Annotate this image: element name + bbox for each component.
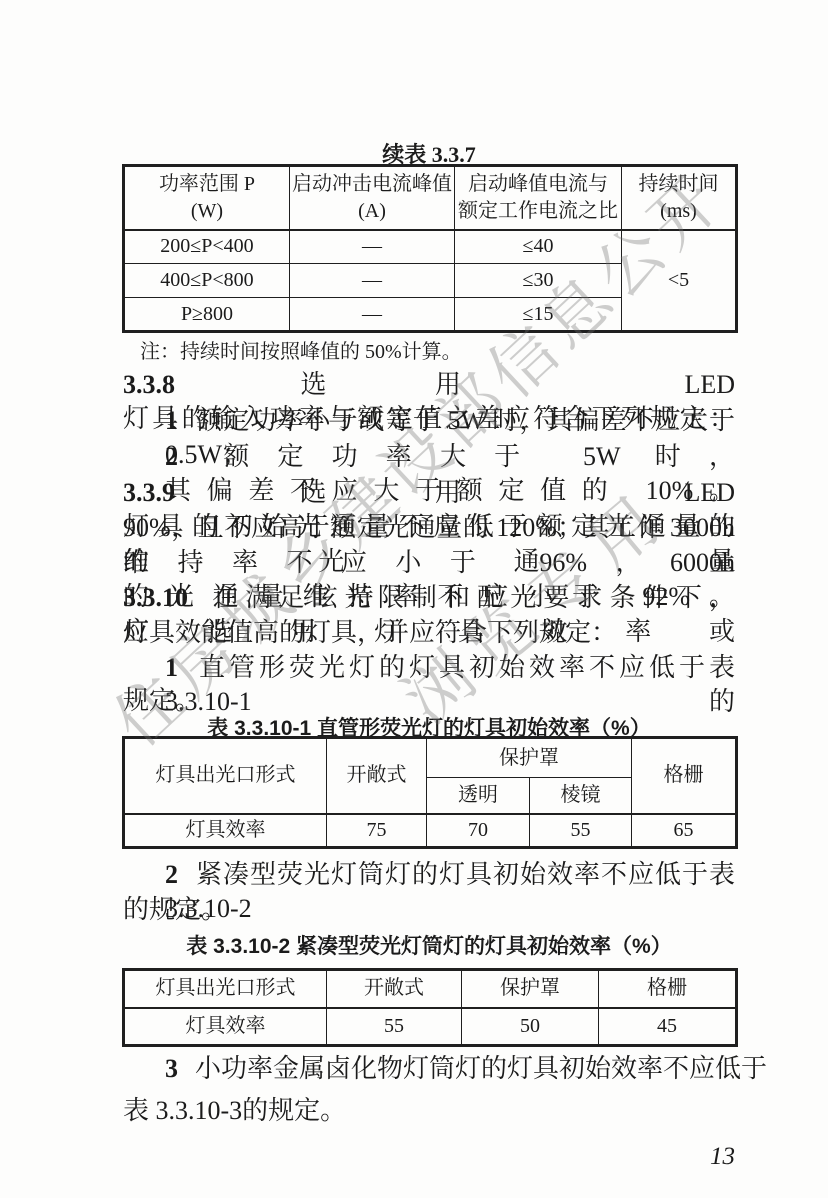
header-outlet-type: 灯具出光口形式 xyxy=(124,738,327,814)
table-33102-title: 表 3.3.10-2 紧凑型荧光灯筒灯的灯具初始效率（%） xyxy=(123,930,735,960)
open-value-cell: 55 xyxy=(327,1008,462,1046)
header-peak-ratio-line1: 启动峰值电流与 xyxy=(455,171,621,198)
section-3-3-9-line3: 维持率不应小于 96%，6000h 的光通量维持率不应小于 92%。 xyxy=(123,546,735,580)
header-power-range: 功率范围 P (W) xyxy=(124,166,290,230)
table-row: 200≤P<400 — ≤40 <5 xyxy=(124,230,737,264)
peak-cell: — xyxy=(290,298,455,332)
range-cell: 400≤P<800 xyxy=(124,264,290,298)
table-row: 灯具效率 55 50 45 xyxy=(124,1008,737,1046)
header-inrush-peak-line1: 启动冲击电流峰值 xyxy=(290,171,454,198)
section-3-3-9-line1: 3.3.9选用 LED 灯具的初始光通量不应低于额定光通量的 xyxy=(123,476,735,510)
louver-value-cell: 45 xyxy=(599,1008,737,1046)
clause-3-metal-halide-line1: 3小功率金属卤化物灯筒灯的灯具初始效率不应低于 xyxy=(165,1052,735,1086)
header-louver: 格栅 xyxy=(632,738,737,814)
clear-value-cell: 70 xyxy=(427,814,530,848)
power-table-header-row: 功率范围 P (W) 启动冲击电流峰值 (A) 启动峰值电流与 额定工作电流之比… xyxy=(124,166,737,230)
header-peak-ratio-line2: 额定工作电流之比 xyxy=(455,198,621,225)
header-inrush-peak-line2: (A) xyxy=(290,198,454,225)
peak-cell: — xyxy=(290,264,455,298)
clause-number: 1 xyxy=(165,653,178,682)
open-value-cell: 75 xyxy=(327,814,427,848)
header-prism-cover: 棱镜 xyxy=(530,778,632,814)
header-louver: 格栅 xyxy=(599,970,737,1008)
prism-value-cell: 55 xyxy=(530,814,632,848)
clause-1: 1额定功率小于或等于 5W 时，其偏差不应大于 0.5W； xyxy=(165,404,735,438)
table-row: 灯具效率 75 70 55 65 xyxy=(124,814,737,848)
page-number: 13 xyxy=(640,1143,735,1171)
efficiency-label-cell: 灯具效率 xyxy=(124,814,327,848)
compact-table-header-row: 灯具出光口形式 开敞式 保护罩 格栅 xyxy=(124,970,737,1008)
clause-1-fluorescent-line2: 规定。 xyxy=(123,684,735,718)
header-outlet-type: 灯具出光口形式 xyxy=(124,970,327,1008)
header-duration-line2: (ms) xyxy=(622,198,735,225)
section-3-3-10-line2: 灯具效能值高的灯具，并应符合下列规定： xyxy=(123,616,735,650)
header-power-range-line1: 功率范围 P xyxy=(125,171,289,198)
header-inrush-peak: 启动冲击电流峰值 (A) xyxy=(290,166,455,230)
clause-2: 2额定功率大于 5W 时，其偏差不应大于额定值的 10%。 xyxy=(165,440,735,474)
section-number: 3.3.10 xyxy=(123,583,188,612)
section-3-3-8: 3.3.8选用 LED 灯具的输入功率与额定值之差应符合下列规定： xyxy=(123,368,735,402)
ratio-cell: ≤40 xyxy=(455,230,622,264)
section-number: 3.3.9 xyxy=(123,478,175,507)
header-clear-cover: 透明 xyxy=(427,778,530,814)
fluorescent-table-header-row1: 灯具出光口形式 开敞式 保护罩 格栅 xyxy=(124,738,737,778)
header-open-type: 开敞式 xyxy=(327,738,427,814)
range-cell: 200≤P<400 xyxy=(124,230,290,264)
fluorescent-efficiency-table: 灯具出光口形式 开敞式 保护罩 格栅 透明 棱镜 灯具效率 75 70 55 6… xyxy=(122,736,738,849)
header-duration-line1: 持续时间 xyxy=(622,171,735,198)
section-3-3-10-line1: 3.3.10在满足眩光限制和配光要求条件下，应选用灯具效率或 xyxy=(123,581,735,615)
ratio-cell: ≤15 xyxy=(455,298,622,332)
louver-value-cell: 65 xyxy=(632,814,737,848)
compact-fluorescent-table: 灯具出光口形式 开敞式 保护罩 格栅 灯具效率 55 50 45 xyxy=(122,968,738,1047)
table-note: 注：持续时间按照峰值的 50%计算。 xyxy=(140,335,462,364)
clause-number: 2 xyxy=(165,442,178,471)
header-protective-cover: 保护罩 xyxy=(462,970,599,1008)
range-cell: P≥800 xyxy=(124,298,290,332)
header-power-range-line2: (W) xyxy=(125,198,289,225)
document-page: 住房城乡建设部信息公开 浏览专用 续表 3.3.7 功率范围 P (W) 启动冲… xyxy=(0,0,828,1198)
header-duration: 持续时间 (ms) xyxy=(622,166,737,230)
clause-number: 2 xyxy=(165,860,178,889)
clause-3-metal-halide-line2: 表 3.3.10-3的规定。 xyxy=(123,1094,735,1128)
shield-value-cell: 50 xyxy=(462,1008,599,1046)
clause-1-fluorescent-line1: 1直管形荧光灯的灯具初始效率不应低于表 3.3.10-1 的 xyxy=(165,651,735,685)
section-3-3-9-line2: 90%，且不应高于额定光通量的 120%；其工作 3000h 的光通量 xyxy=(123,511,735,545)
header-protective-cover: 保护罩 xyxy=(427,738,632,778)
clause-number: 3 xyxy=(165,1054,178,1083)
ratio-cell: ≤30 xyxy=(455,264,622,298)
clause-text: 小功率金属卤化物灯筒灯的灯具初始效率不应低于 xyxy=(195,1054,767,1083)
efficiency-label-cell: 灯具效率 xyxy=(124,1008,327,1046)
header-open-type: 开敞式 xyxy=(327,970,462,1008)
clause-2-compact-line1: 2紧凑型荧光灯筒灯的灯具初始效率不应低于表 3.3.10-2 xyxy=(165,858,735,892)
clause-number: 1 xyxy=(165,406,178,435)
power-inrush-table: 功率范围 P (W) 启动冲击电流峰值 (A) 启动峰值电流与 额定工作电流之比… xyxy=(122,164,738,333)
header-peak-ratio: 启动峰值电流与 额定工作电流之比 xyxy=(455,166,622,230)
duration-cell: <5 xyxy=(622,230,737,332)
section-number: 3.3.8 xyxy=(123,370,175,399)
clause-2-compact-line2: 的规定。 xyxy=(123,893,735,927)
peak-cell: — xyxy=(290,230,455,264)
